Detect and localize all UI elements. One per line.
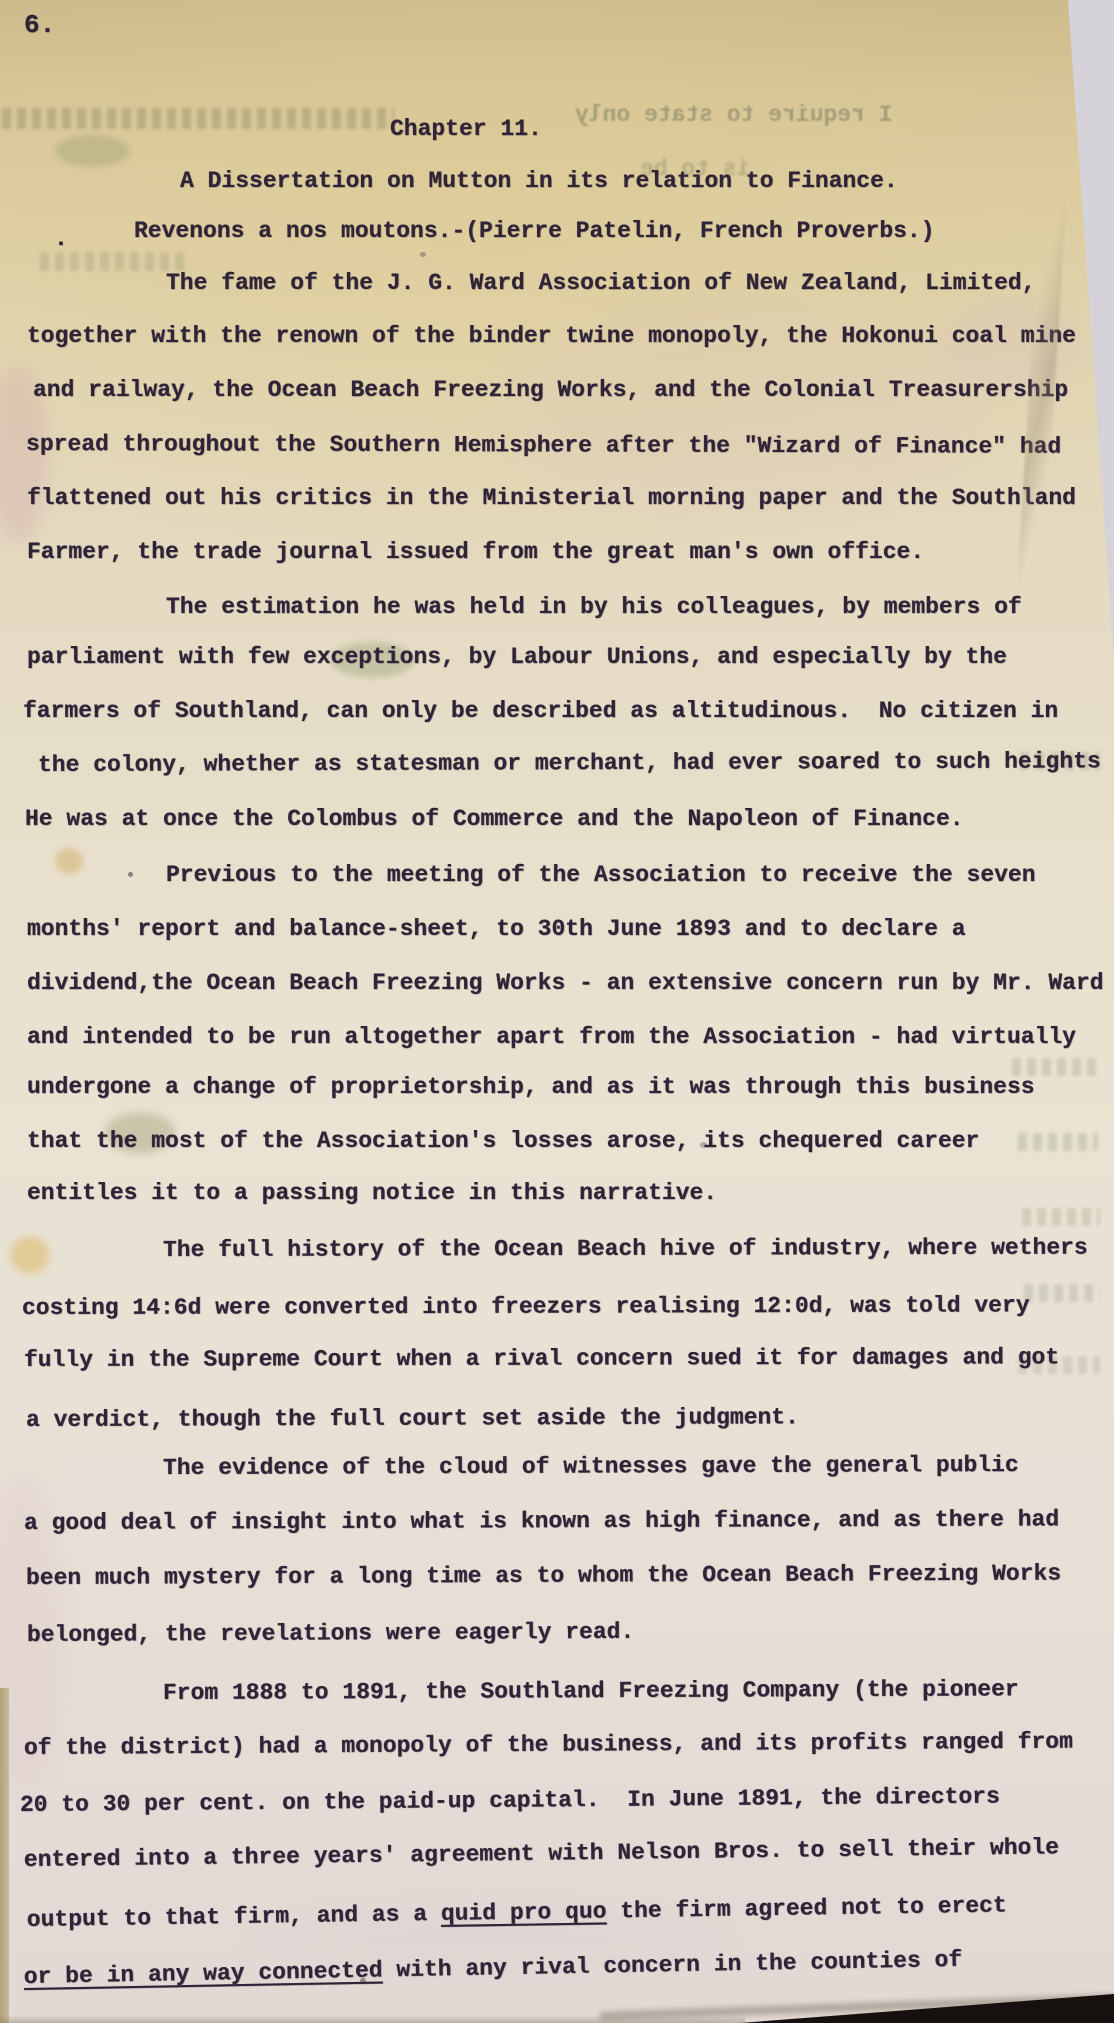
- line-segment: the firm agreed not to erect: [606, 1892, 1007, 1924]
- ink-speck: [420, 252, 426, 257]
- typed-line: been much mystery for a long time as to …: [26, 1562, 1061, 1590]
- typed-line: The full history of the Ocean Beach hive…: [163, 1237, 1088, 1262]
- typed-line: The fame of the J. G. Ward Association o…: [166, 272, 1036, 295]
- typed-line: together with the renown of the binder t…: [27, 325, 1076, 348]
- typed-line: the colony, whether as statesman or merc…: [38, 750, 1101, 777]
- manuscript-page: I require to state only is to be 6. Chap…: [0, 0, 1114, 2023]
- ghost-smudge: [40, 252, 190, 271]
- typed-line: parliament with few exceptions, by Labou…: [27, 646, 1007, 669]
- paper-edge-shadow: [0, 2015, 745, 2023]
- ghost-smudge: [2, 108, 394, 129]
- epigraph: Revenons a nos moutons.-(Pierre Patelin,…: [134, 220, 935, 243]
- typed-line: that the most of the Association's losse…: [27, 1130, 979, 1153]
- typed-line: entered into a three years' agreement wi…: [24, 1836, 1059, 1872]
- typed-line: costing 14:6d were converted into freeze…: [22, 1294, 1030, 1320]
- stray-period: .: [54, 228, 68, 251]
- typed-line: or be in any way connected with any riva…: [24, 1949, 963, 1989]
- typed-line: The evidence of the cloud of witnesses g…: [163, 1454, 1019, 1480]
- typed-line: Previous to the meeting of the Associati…: [166, 864, 1036, 887]
- typed-line: undergone a change of proprietorship, an…: [27, 1076, 1035, 1099]
- typed-line: a verdict, though the full court set asi…: [26, 1406, 799, 1432]
- chapter-title: A Dissertation on Mutton in its relation…: [180, 170, 898, 193]
- typed-line: farmers of Southland, can only be descri…: [23, 700, 1058, 723]
- paper-stain: [10, 1236, 50, 1274]
- ghost-smudge: [1024, 1284, 1100, 1302]
- ghost-smudge: [1022, 1208, 1100, 1226]
- typed-line: belonged, the revelations were eagerly r…: [27, 1621, 634, 1647]
- typed-line: fully in the Supreme Court when a rival …: [24, 1346, 1059, 1372]
- paper-stain: [55, 848, 83, 874]
- typed-line: spread throughout the Southern Hemispher…: [26, 433, 1061, 459]
- typed-line: He was at once the Colombus of Commerce …: [25, 808, 964, 831]
- typed-line: entitles it to a passing notice in this …: [27, 1182, 717, 1205]
- paper-stain: [55, 135, 130, 167]
- typed-line: months' report and balance-sheet, to 30t…: [27, 918, 966, 941]
- typed-line: Farmer, the trade journal issued from th…: [27, 541, 924, 564]
- scanner-background-bottom: [0, 0, 1114, 2023]
- underlined-phrase: or be in any way connected: [24, 1957, 383, 1990]
- typed-line: flattened out his critics in the Ministe…: [27, 487, 1076, 510]
- typed-line: dividend,the Ocean Beach Freezing Works …: [27, 972, 1104, 995]
- chapter-heading: Chapter 11.: [390, 118, 542, 141]
- underlined-phrase: quid pro quo: [441, 1898, 607, 1926]
- typed-line: and intended to be run altogether apart …: [27, 1026, 1076, 1049]
- typed-line: a good deal of insight into what is know…: [24, 1508, 1059, 1535]
- typed-line: 20 to 30 per cent. on the paid-up capita…: [20, 1785, 1000, 1817]
- ink-speck: [128, 872, 133, 877]
- ghost-mirrored-text: I require to state only: [575, 102, 892, 128]
- page-number: 6.: [24, 14, 55, 37]
- typed-line: The estimation he was held in by his col…: [166, 596, 1022, 619]
- typed-line: of the district) had a monopoly of the b…: [24, 1731, 1073, 1760]
- typed-line: From 1888 to 1891, the Southland Freezin…: [163, 1678, 1019, 1705]
- typed-line: and railway, the Ocean Beach Freezing Wo…: [33, 379, 1068, 402]
- ghost-smudge: [1018, 1133, 1098, 1151]
- paper-edge-left: [0, 1688, 9, 2023]
